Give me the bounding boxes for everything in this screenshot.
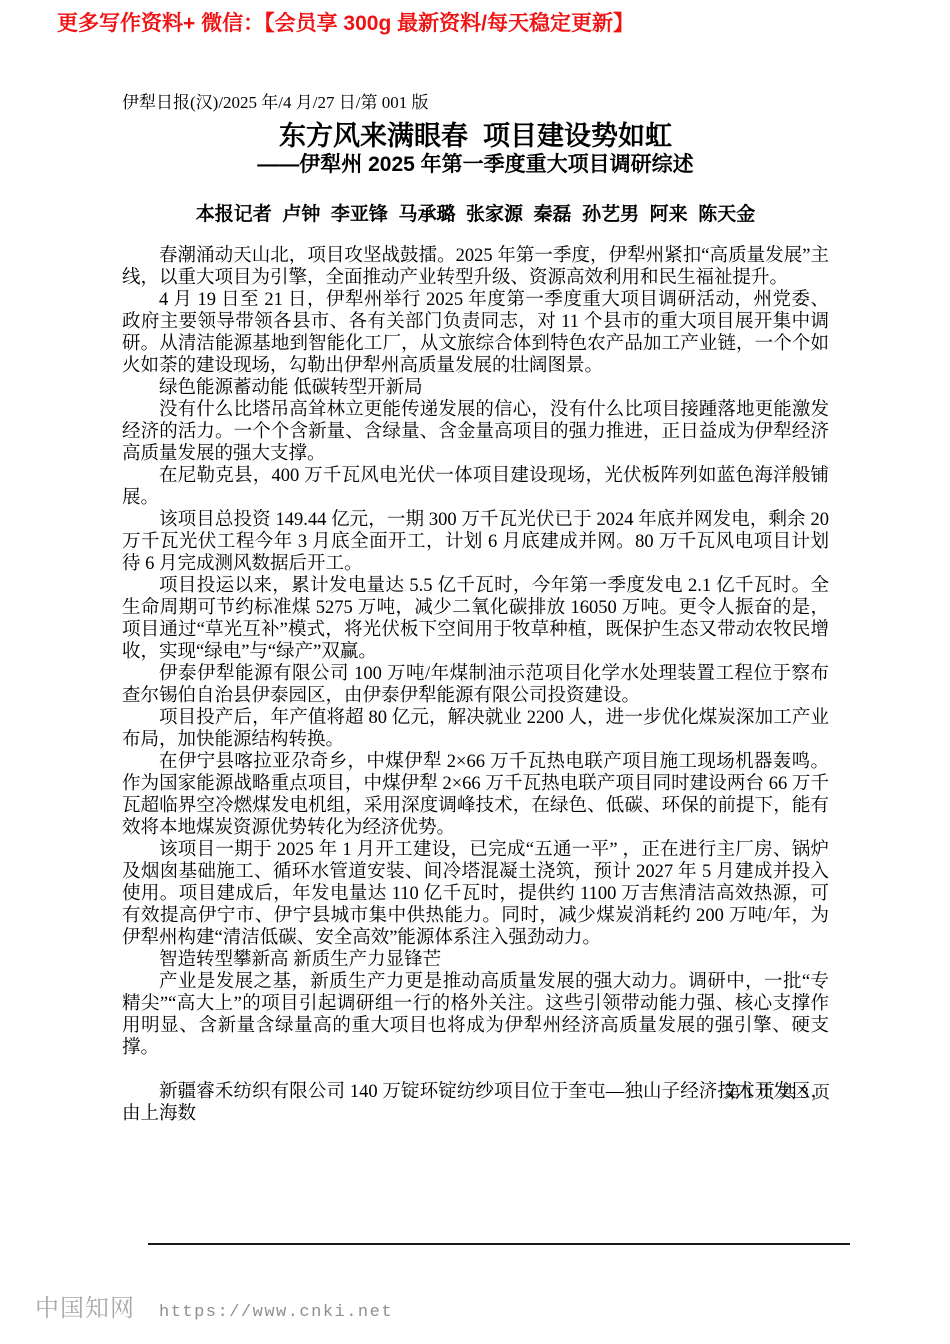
section-subhead: 智造转型攀新高 新质生产力显锋芒: [122, 949, 829, 971]
paragraph: 4 月 19 日至 21 日，伊犁州举行 2025 年度第一季度重大项目调研活动…: [122, 289, 829, 377]
paragraph: 没有什么比塔吊高耸林立更能传递发展的信心，没有什么比项目接踵落地更能激发经济的活…: [122, 399, 829, 465]
cnki-url: https://www.cnki.net: [159, 1303, 393, 1322]
footer-divider: [148, 1243, 850, 1245]
cnki-watermark: 中国知网 https://www.cnki.net: [35, 1288, 393, 1323]
article-title: 东方风来满眼春 项目建设势如虹: [122, 120, 829, 152]
page-number: 第 1 页 共 3 页: [724, 1083, 830, 1103]
paragraph: 在伊宁县喀拉亚尕奇乡，中煤伊犁 2×66 万千瓦热电联产项目施工现场机器轰鸣。作…: [122, 751, 829, 839]
paragraph: 在尼勒克县，400 万千瓦风电光伏一体项目建设现场，光伏板阵列如蓝色海洋般铺展。: [122, 465, 829, 509]
paragraph: 春潮涌动天山北，项目攻坚战鼓擂。2025 年第一季度，伊犁州紧扣“高质量发展”主…: [122, 245, 829, 289]
publication-source-line: 伊犁日报(汉)/2025 年/4 月/27 日/第 001 版: [122, 93, 829, 113]
document-content: 伊犁日报(汉)/2025 年/4 月/27 日/第 001 版 东方风来满眼春 …: [122, 93, 829, 1125]
paragraph: 项目投运以来，累计发电量达 5.5 亿千瓦时，今年第一季度发电 2.1 亿千瓦时…: [122, 575, 829, 663]
promo-banner: 更多写作资料+ 微信：【会员享 300g 最新资料/每天稳定更新】: [57, 11, 634, 37]
paragraph: 产业是发展之基，新质生产力更是推动高质量发展的强大动力。调研中，一批“专精尖”“…: [122, 971, 829, 1059]
paragraph: 伊泰伊犁能源有限公司 100 万吨/年煤制油示范项目化学水处理装置工程位于察布查…: [122, 663, 829, 707]
article-subtitle: ——伊犁州 2025 年第一季度重大项目调研综述: [122, 153, 829, 177]
cnki-brand-logo: 中国知网: [35, 1288, 135, 1323]
article-body: 春潮涌动天山北，项目攻坚战鼓擂。2025 年第一季度，伊犁州紧扣“高质量发展”主…: [122, 245, 829, 1125]
paragraph: 该项目一期于 2025 年 1 月开工建设，已完成“五通一平” ，正在进行主厂房…: [122, 839, 829, 949]
paragraph: 该项目总投资 149.44 亿元，一期 300 万千瓦光伏已于 2024 年底并…: [122, 509, 829, 575]
article-authors: 本报记者 卢钟 李亚锋 马承璐 张家源 秦磊 孙艺男 阿来 陈天金: [122, 204, 829, 226]
section-subhead: 绿色能源蓄动能 低碳转型开新局: [122, 377, 829, 399]
paragraph: 项目投产后，年产值将超 80 亿元，解决就业 2200 人，进一步优化煤炭深加工…: [122, 707, 829, 751]
